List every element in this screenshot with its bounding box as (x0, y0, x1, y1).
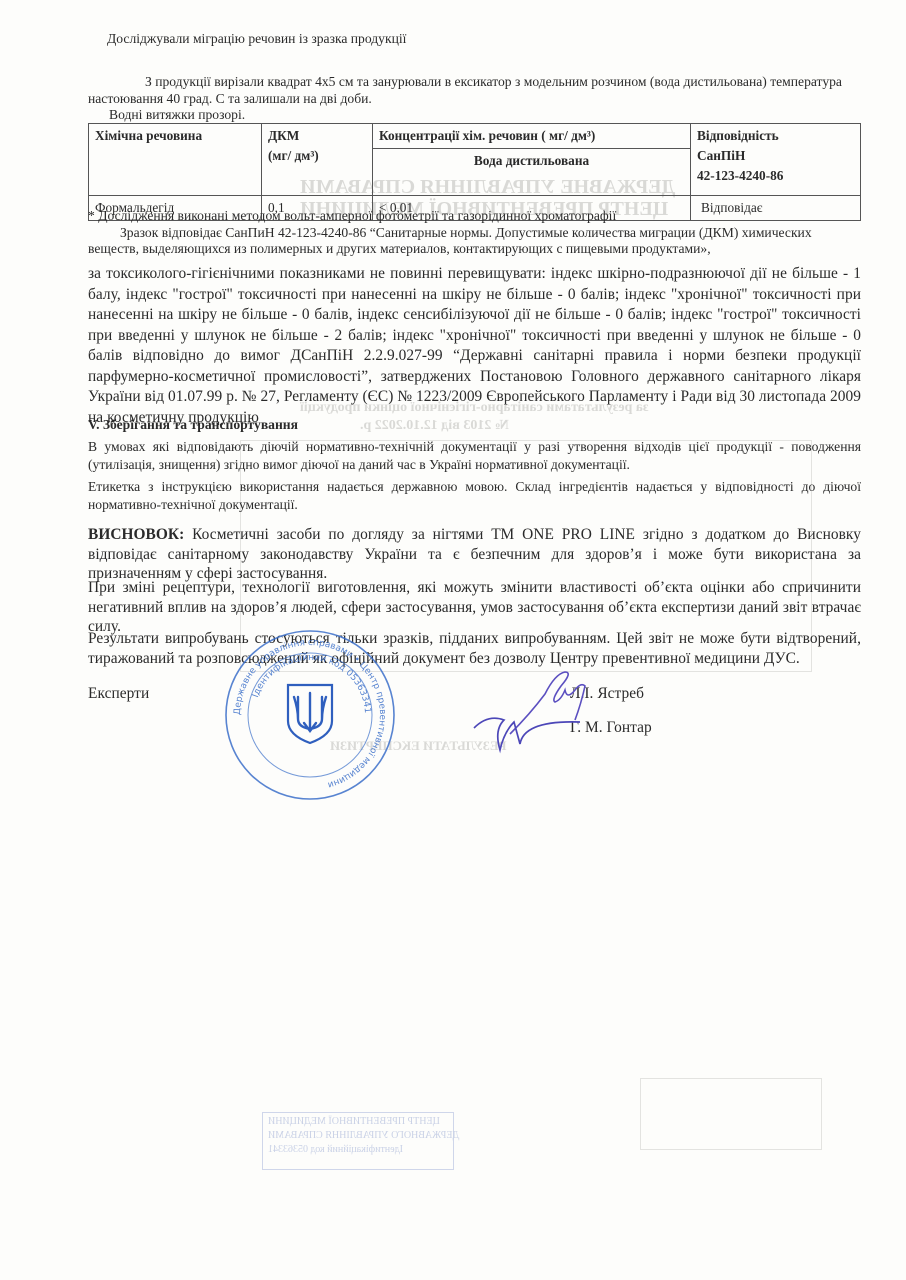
header-compliance-label: Відповідність (697, 126, 854, 146)
conclusion-text: Косметичні засоби по догляду за нігтями … (88, 526, 861, 582)
conclusion-reproduction: Результати випробувань стосуються тільки… (88, 629, 861, 668)
section-5-para-1: В умовах які відповідають діючій нормати… (88, 438, 861, 474)
header-dkm: ДКМ (мг/ дм³) (262, 124, 373, 196)
bleed-through-bottom-table (640, 1078, 822, 1150)
intro-line-4: Водні витяжки прозорі. (109, 106, 245, 123)
conclusion-label: ВИСНОВОК: (88, 526, 184, 543)
header-concentration: Концентрації хім. речовин ( мг/ дм³) (373, 124, 691, 149)
header-dkm-unit: (мг/ дм³) (268, 146, 366, 166)
experts-label: Експерти (88, 684, 149, 704)
toxicology-paragraph: за токсиколого-гігієнічними показниками … (88, 264, 861, 428)
sample-compliance-line-1: Зразок відповідає СанПиН 42-123-4240-86 … (120, 224, 812, 241)
bleed-through-stamp-line-2: ДЕРЖАВНОГО УПРАВЛІННЯ СПРАВАМИ (268, 1130, 459, 1141)
header-compliance: Відповідність СанПіН 42-123-4240-86 (691, 124, 861, 196)
section-5-para-2: Етикетка з інструкцією використання нада… (88, 478, 861, 514)
intro-line-2: З продукції вирізали квадрат 4х5 см та з… (145, 73, 842, 90)
sample-compliance-line-2: веществ, выделяющихся из полимерных и др… (88, 240, 711, 257)
official-stamp: Державне управління справами • Центр пре… (220, 628, 400, 803)
intro-line-1: Досліджували міграцію речовин із зразка … (107, 30, 406, 47)
section-5-title: V. Зберігання та транспортування (88, 416, 298, 433)
header-dkm-label: ДКМ (268, 126, 366, 146)
conclusion-validity: При зміні рецептури, технології виготовл… (88, 578, 861, 637)
document-page: ДЕРЖАВНЕ УПРАВЛІННЯ СПРАВАМИ ЦЕНТР ПРЕВЕ… (0, 0, 906, 1280)
header-substance: Хімічна речовина (89, 124, 262, 196)
header-medium: Вода дистильована (373, 149, 691, 196)
header-compliance-std2: 42-123-4240-86 (697, 166, 854, 186)
footnote: * Дослідження виконані методом вольт-амп… (88, 207, 616, 224)
bleed-through-stamp-line-1: ЦЕНТР ПРЕВЕНТИВНОЇ МЕДИЦИНИ (268, 1116, 440, 1127)
signature-expert-2 (470, 706, 580, 762)
conclusion-paragraph: ВИСНОВОК: Косметичні засоби по догляду з… (88, 525, 861, 584)
trident-emblem-icon (288, 685, 332, 743)
bleed-through-stamp-line-3: Ідентифікаційний код 05363341 (268, 1144, 403, 1155)
cell-compliance: Відповідає (691, 196, 861, 221)
intro-line-3: настоювання 40 град. С та залишали на дв… (88, 90, 372, 107)
header-compliance-std1: СанПіН (697, 146, 854, 166)
